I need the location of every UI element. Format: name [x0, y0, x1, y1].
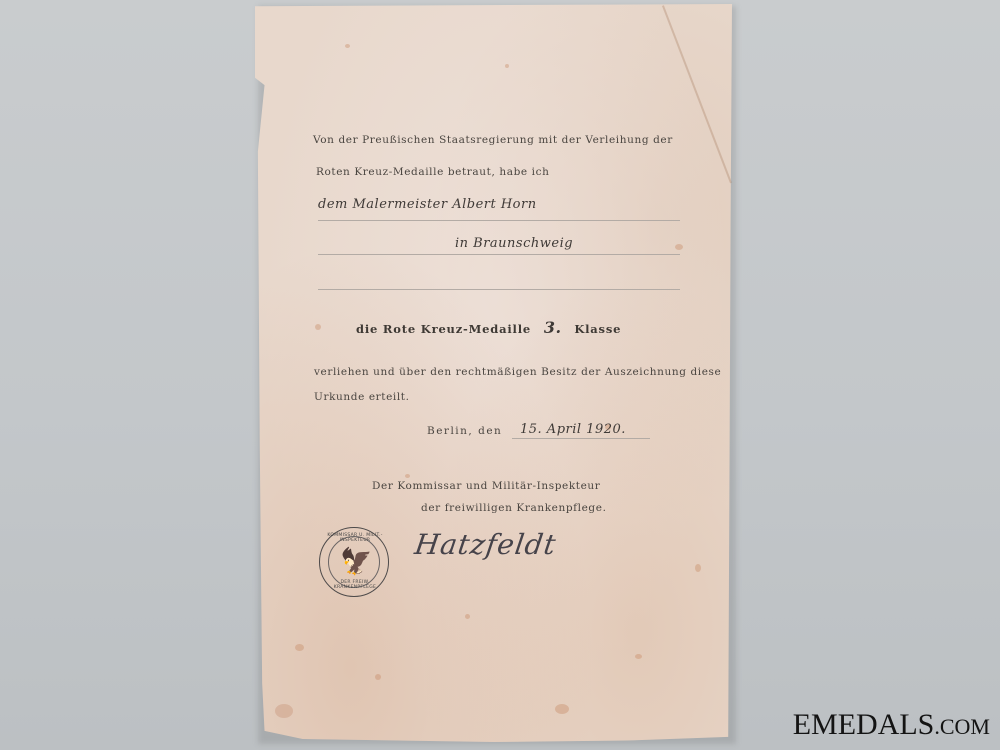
recipient-name: dem Malermeister Albert Horn: [318, 197, 537, 212]
recipient-location: in Braunschweig: [455, 236, 573, 251]
emedals-watermark: EMEDALS.COM: [793, 708, 990, 742]
official-seal-stamp: KOMMISSAR U. MILIT.-INSPEKTEUR 🦅 DER FRE…: [319, 527, 389, 597]
award-date: 15. April 1920.: [520, 422, 626, 437]
location-rule: [318, 254, 680, 255]
imperial-eagle-icon: 🦅: [340, 544, 370, 580]
recipient-rule: [318, 220, 680, 221]
award-text-line-1: verliehen und über den rechtmäßigen Besi…: [314, 366, 721, 378]
date-rule: [512, 438, 650, 439]
intro-line-2: Roten Kreuz-Medaille betraut, habe ich: [316, 166, 549, 178]
award-name: die Rote Kreuz-Medaille 3. Klasse: [356, 318, 621, 337]
award-text-line-2: Urkunde erteilt.: [314, 391, 410, 403]
intro-line-1: Von der Preußischen Staatsregierung mit …: [313, 134, 673, 146]
seal-bottom-text: DER FREIW. KRANKENPFLEGE: [320, 580, 390, 590]
watermark-main: EMEDALS: [793, 708, 935, 741]
watermark-suffix: .COM: [934, 714, 990, 739]
seal-top-text: KOMMISSAR U. MILIT.-INSPEKTEUR: [320, 533, 390, 543]
issuer-title-line-2: der freiwilligen Krankenpflege.: [421, 502, 607, 514]
award-prefix: die Rote Kreuz-Medaille: [356, 322, 531, 336]
blank-rule: [318, 289, 680, 290]
award-class: 3.: [544, 318, 562, 337]
award-suffix: Klasse: [574, 322, 621, 336]
place-label: Berlin, den: [427, 425, 502, 437]
signature: Hatzfeldt: [413, 528, 559, 561]
issuer-title-line-1: Der Kommissar und Militär-Inspekteur: [372, 480, 600, 492]
